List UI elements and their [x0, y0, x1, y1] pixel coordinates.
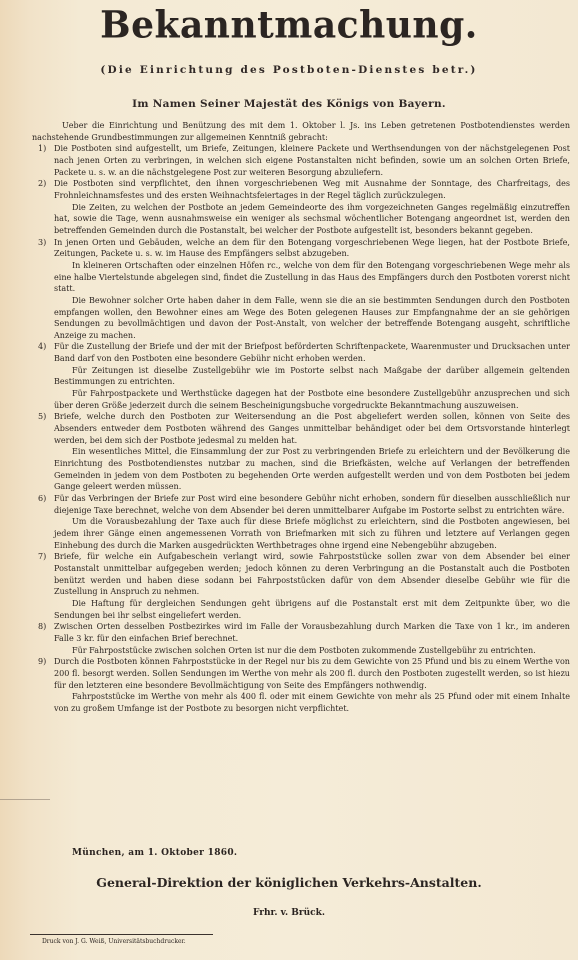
provision-text: Briefe, welche durch den Postboten zur W…: [54, 412, 570, 444]
provision-number: 2): [38, 178, 46, 190]
document-body: Ueber die Einrichtung und Benützung des …: [32, 120, 570, 714]
provision-subparagraph: Ein wesentliches Mittel, die Einsammlung…: [32, 446, 570, 493]
provision-number: 4): [38, 341, 46, 353]
provision-text: In jenen Orten und Gebäuden, welche an d…: [54, 238, 570, 259]
provision-text: Für die Zustellung der Briefe und der mi…: [54, 342, 570, 363]
provision-item: 1)Die Postboten sind aufgestellt, um Bri…: [32, 143, 570, 178]
provision-number: 5): [38, 411, 46, 423]
provision-item: 4)Für die Zustellung der Briefe und der …: [32, 341, 570, 364]
provision-item: 5)Briefe, welche durch den Postboten zur…: [32, 411, 570, 446]
signature: Frhr. v. Brück.: [0, 908, 578, 918]
place-date: München, am 1. Oktober 1860.: [72, 848, 237, 858]
provision-text: Die Postboten sind aufgestellt, um Brief…: [54, 144, 570, 176]
provision-number: 1): [38, 143, 46, 155]
provision-text: Durch die Postboten können Fahrpoststück…: [54, 657, 570, 689]
paper-crease: [0, 799, 50, 800]
provision-subparagraph: Für Zeitungen ist dieselbe Zustellgebühr…: [32, 365, 570, 388]
provision-item: 3)In jenen Orten und Gebäuden, welche an…: [32, 237, 570, 260]
provision-subparagraph: In kleineren Ortschaften oder einzelnen …: [32, 260, 570, 295]
provisions-list: 1)Die Postboten sind aufgestellt, um Bri…: [32, 143, 570, 714]
provision-subparagraph: Fahrpoststücke im Werthe von mehr als 40…: [32, 691, 570, 714]
provision-subparagraph: Für Fahrpoststücke zwischen solchen Orte…: [32, 645, 570, 657]
provision-subparagraph: Die Zeiten, zu welchen der Postbote an j…: [32, 202, 570, 237]
issuing-authority: General-Direktion der königlichen Verkeh…: [0, 875, 578, 890]
provision-number: 3): [38, 237, 46, 249]
intro-paragraph: Ueber die Einrichtung und Benützung des …: [32, 120, 570, 143]
document-title: Bekanntmachung.: [0, 3, 578, 47]
document-subtitle: (Die Einrichtung des Postboten-Dienstes …: [0, 64, 578, 76]
provision-item: 8)Zwischen Orten desselben Postbezirkes …: [32, 621, 570, 644]
printer-imprint: Druck von J. G. Weiß, Universitätsbuchdr…: [42, 938, 186, 945]
provision-text: Briefe, für welche ein Aufgabeschein ver…: [54, 552, 570, 596]
footer-rule: [30, 934, 213, 935]
provision-number: 8): [38, 621, 46, 633]
provision-number: 6): [38, 493, 46, 505]
provision-text: Für das Verbringen der Briefe zur Post w…: [54, 494, 570, 515]
royal-invocation: Im Namen Seiner Majestät des Königs von …: [0, 98, 578, 110]
provision-subparagraph: Die Bewohner solcher Orte haben daher in…: [32, 295, 570, 342]
provision-subparagraph: Um die Vorausbezahlung der Taxe auch für…: [32, 516, 570, 551]
provision-number: 7): [38, 551, 46, 563]
provision-text: Zwischen Orten desselben Postbezirkes wi…: [54, 622, 570, 643]
provision-item: 9)Durch die Postboten können Fahrpoststü…: [32, 656, 570, 691]
provision-item: 7)Briefe, für welche ein Aufgabeschein v…: [32, 551, 570, 598]
provision-number: 9): [38, 656, 46, 668]
provision-item: 2)Die Postboten sind verpflichtet, den i…: [32, 178, 570, 201]
provision-subparagraph: Für Fahrpostpackete und Werthstücke dage…: [32, 388, 570, 411]
provision-text: Die Postboten sind verpflichtet, den ihn…: [54, 179, 570, 200]
provision-item: 6)Für das Verbringen der Briefe zur Post…: [32, 493, 570, 516]
proclamation-page: Bekanntmachung. (Die Einrichtung des Pos…: [0, 0, 578, 960]
provision-subparagraph: Die Haftung für dergleichen Sendungen ge…: [32, 598, 570, 621]
